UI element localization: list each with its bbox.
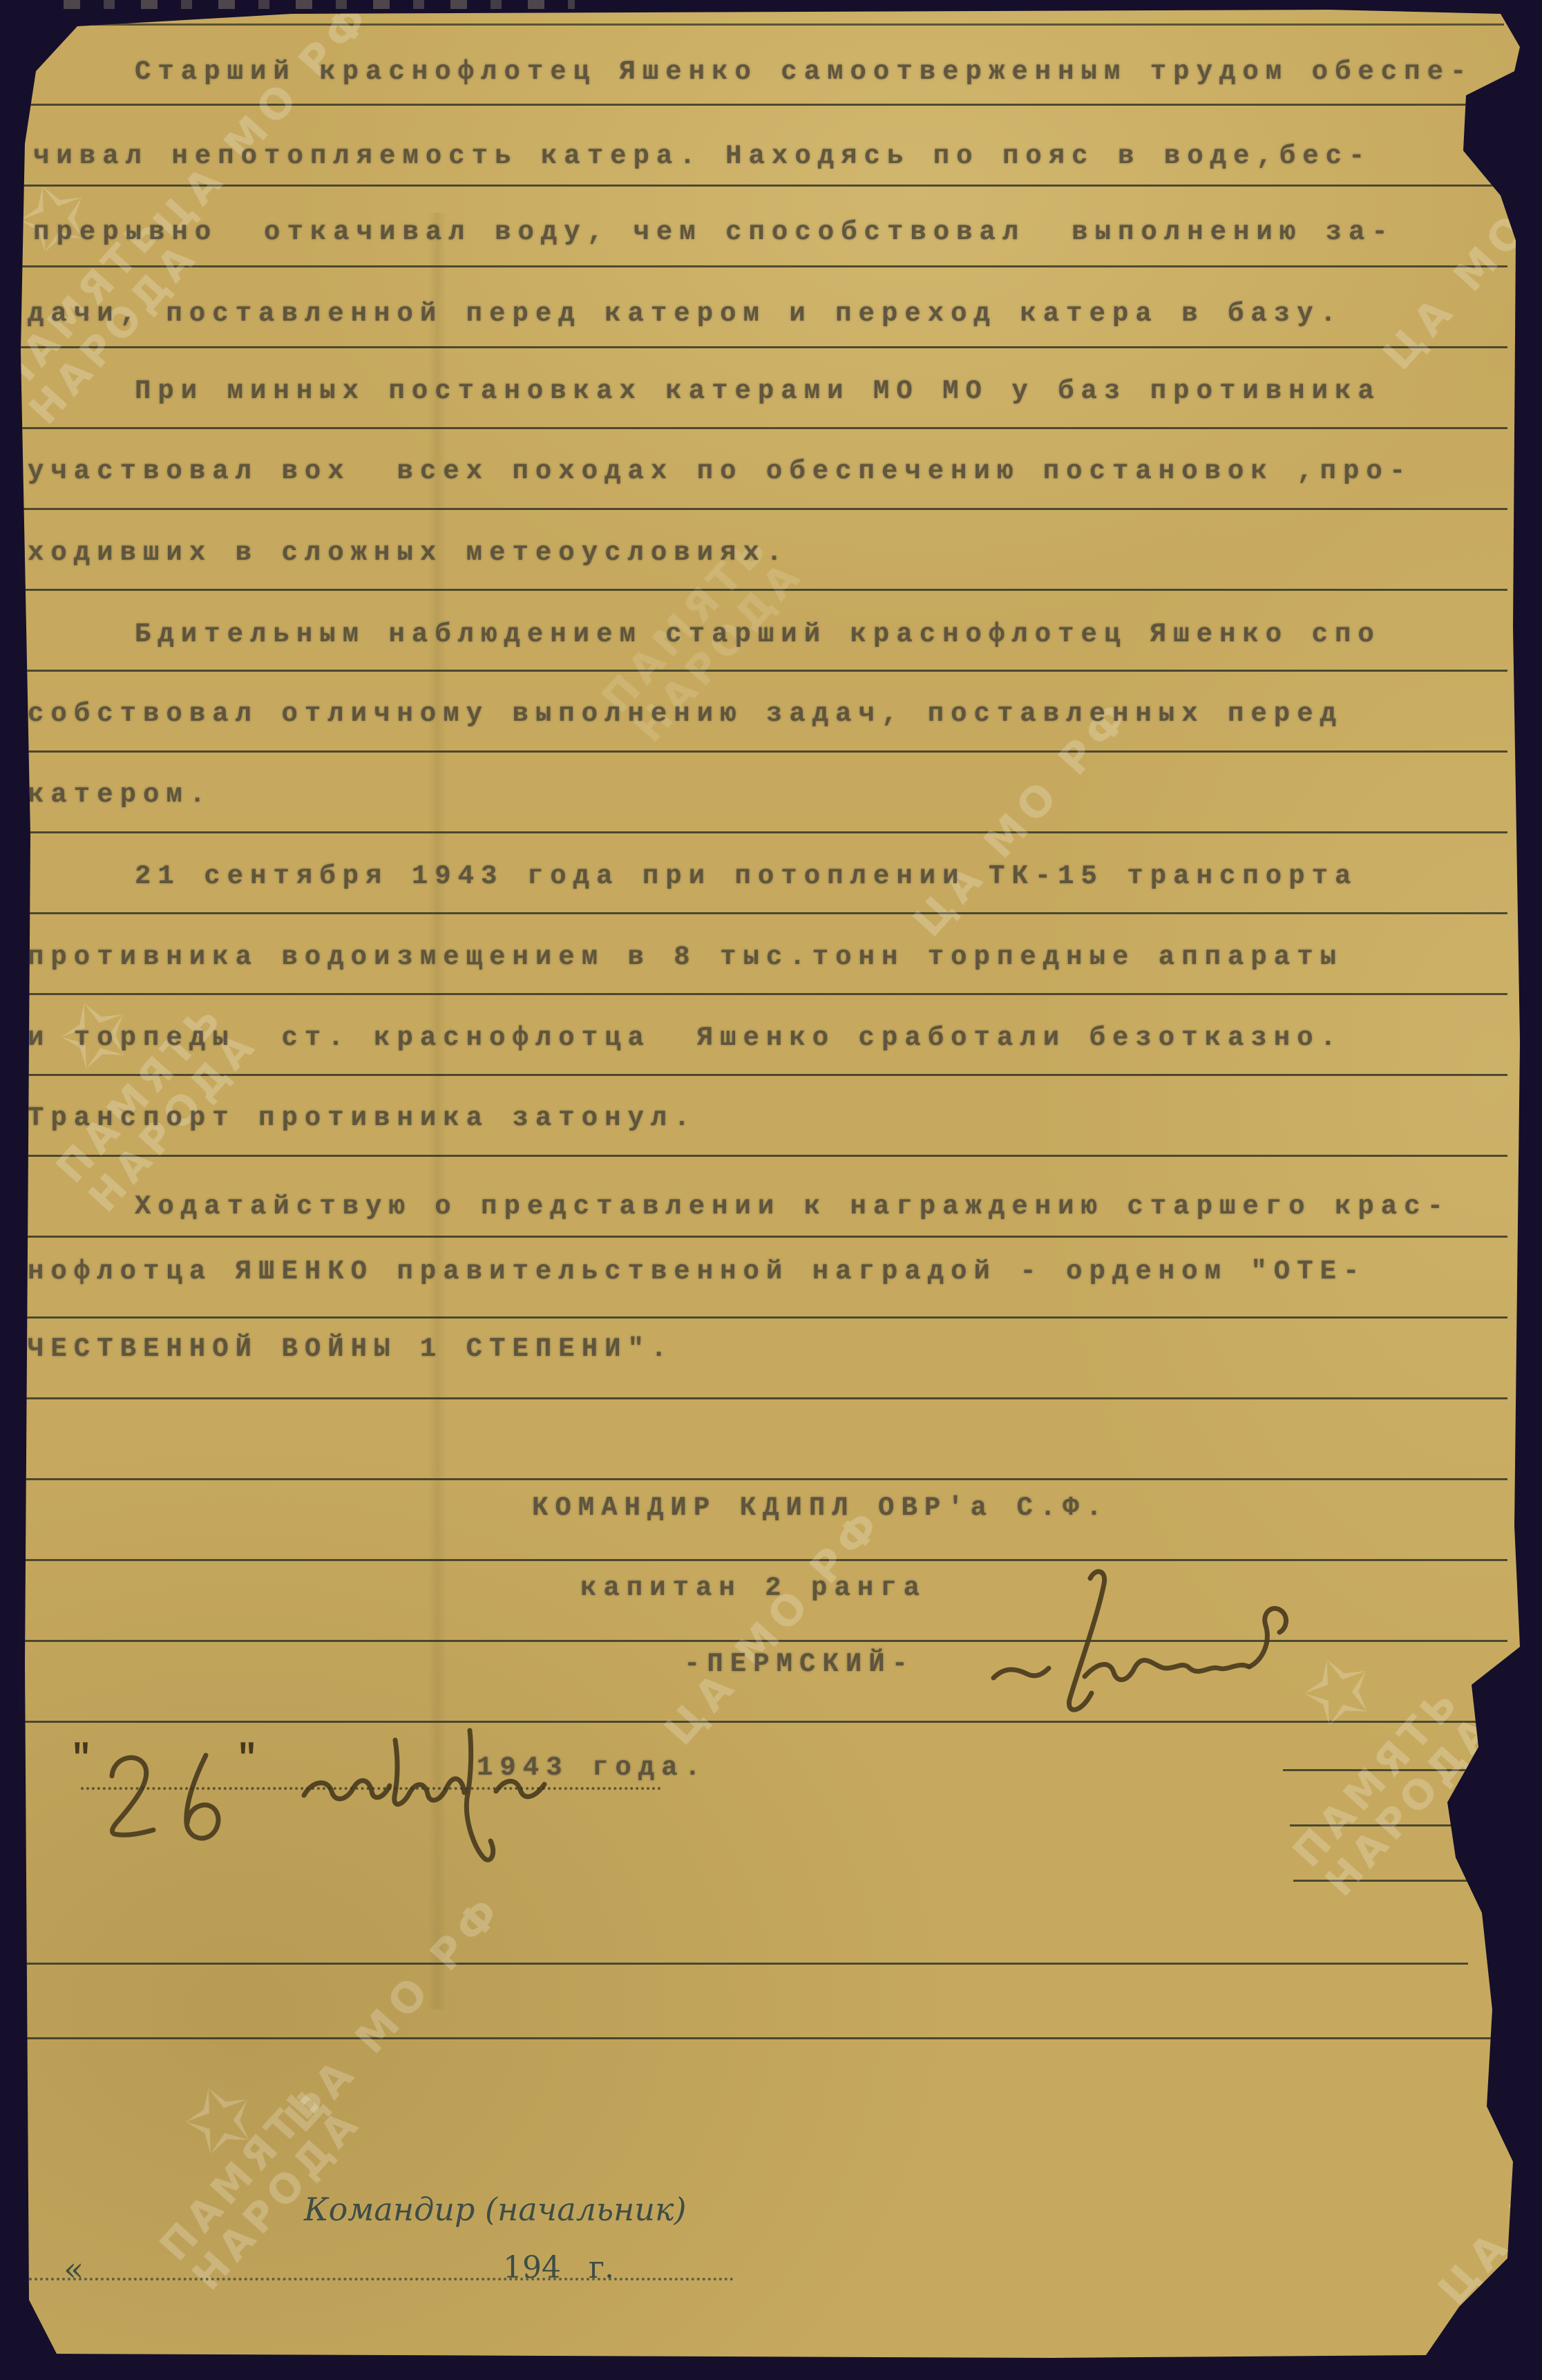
typed-line: участвовал вох всех походах по обеспечен…: [28, 456, 1412, 487]
typed-line: ЧЕСТВЕННОЙ ВОЙНЫ 1 СТЕПЕНИ".: [28, 1334, 674, 1364]
handwritten-signature: [981, 1559, 1306, 1718]
document-page: ✩ ПАМЯТЬ НАРОДА ЦА МО РФ ЦА МО РФ ПАМЯТЬ…: [15, 6, 1521, 2363]
star-watermark: ✩: [171, 2063, 269, 2177]
ruled-line-stub: [1283, 1769, 1487, 1771]
archive-watermark: ЦА МО РФ: [1429, 2057, 1521, 2314]
ruled-line: [21, 1963, 1468, 1965]
footer-quote-mark: «: [64, 2250, 84, 2289]
handwritten-month: [292, 1706, 589, 1913]
typed-line: нофлотца ЯШЕНКО правительственной наград…: [28, 1256, 1366, 1287]
typed-line: Ходатайствую о представлении к награжден…: [135, 1191, 1450, 1222]
memory-watermark: ПАМЯТЬ НАРОДА: [152, 2070, 369, 2298]
typed-line: Бдительным наблюдением старший краснофло…: [135, 619, 1381, 650]
date-close-quote: ": [236, 1739, 258, 1779]
typed-line: Транспорт противника затонул.: [28, 1103, 697, 1133]
scanned-document-background: ✩ ПАМЯТЬ НАРОДА ЦА МО РФ ЦА МО РФ ПАМЯТЬ…: [0, 0, 1542, 2380]
ruled-line-stub: [1290, 1824, 1487, 1826]
footer-year-prefix: 194: [503, 2250, 561, 2285]
typed-line: чивал непотопляемость катера. Находясь п…: [33, 141, 1371, 171]
signer-title-line: КОМАНДИР КДИПЛ ОВР'а С.Ф.: [532, 1493, 1109, 1523]
handwritten-day-26: [84, 1728, 236, 1866]
footer-fill-line: [29, 2278, 734, 2280]
ruled-line: [21, 2037, 1492, 2039]
ruled-line-stub: [1293, 1880, 1480, 1882]
typed-line: собствовал отличному выполнению задач, п…: [28, 699, 1343, 729]
typed-line: Старший краснофлотец Яшенко самоотвержен…: [135, 57, 1473, 87]
typed-line: противника водоизмещением в 8 тыс.тонн т…: [28, 942, 1343, 972]
footer-year-suffix: г.: [589, 2250, 614, 2285]
signer-name-line: -ПЕРМСКИЙ-: [684, 1649, 915, 1679]
typed-year: 1943 года.: [477, 1753, 707, 1783]
signer-rank-line: капитан 2 ранга: [580, 1573, 926, 1603]
typed-line: 21 сентября 1943 года при потоплении ТК-…: [135, 861, 1358, 891]
typed-line: дачи, поставленной перед катером и перех…: [28, 299, 1343, 329]
typed-line: катером.: [28, 780, 212, 810]
archive-watermark: ЦА МО РФ: [275, 1885, 513, 2142]
typed-line: При минных постановках катерами МО МО у …: [135, 376, 1381, 406]
date-underline: [81, 1787, 661, 1790]
typed-line: ходивших в сложных метеоусловиях.: [28, 538, 789, 568]
form-role-label: Командир (начальник): [304, 2191, 686, 2228]
typed-line: и торпеды ст. краснофлотца Яшенко сработ…: [28, 1023, 1343, 1053]
typed-line: прерывно откачивал воду, чем способствов…: [33, 217, 1395, 247]
cut-off-text-fragment: [64, 0, 575, 9]
